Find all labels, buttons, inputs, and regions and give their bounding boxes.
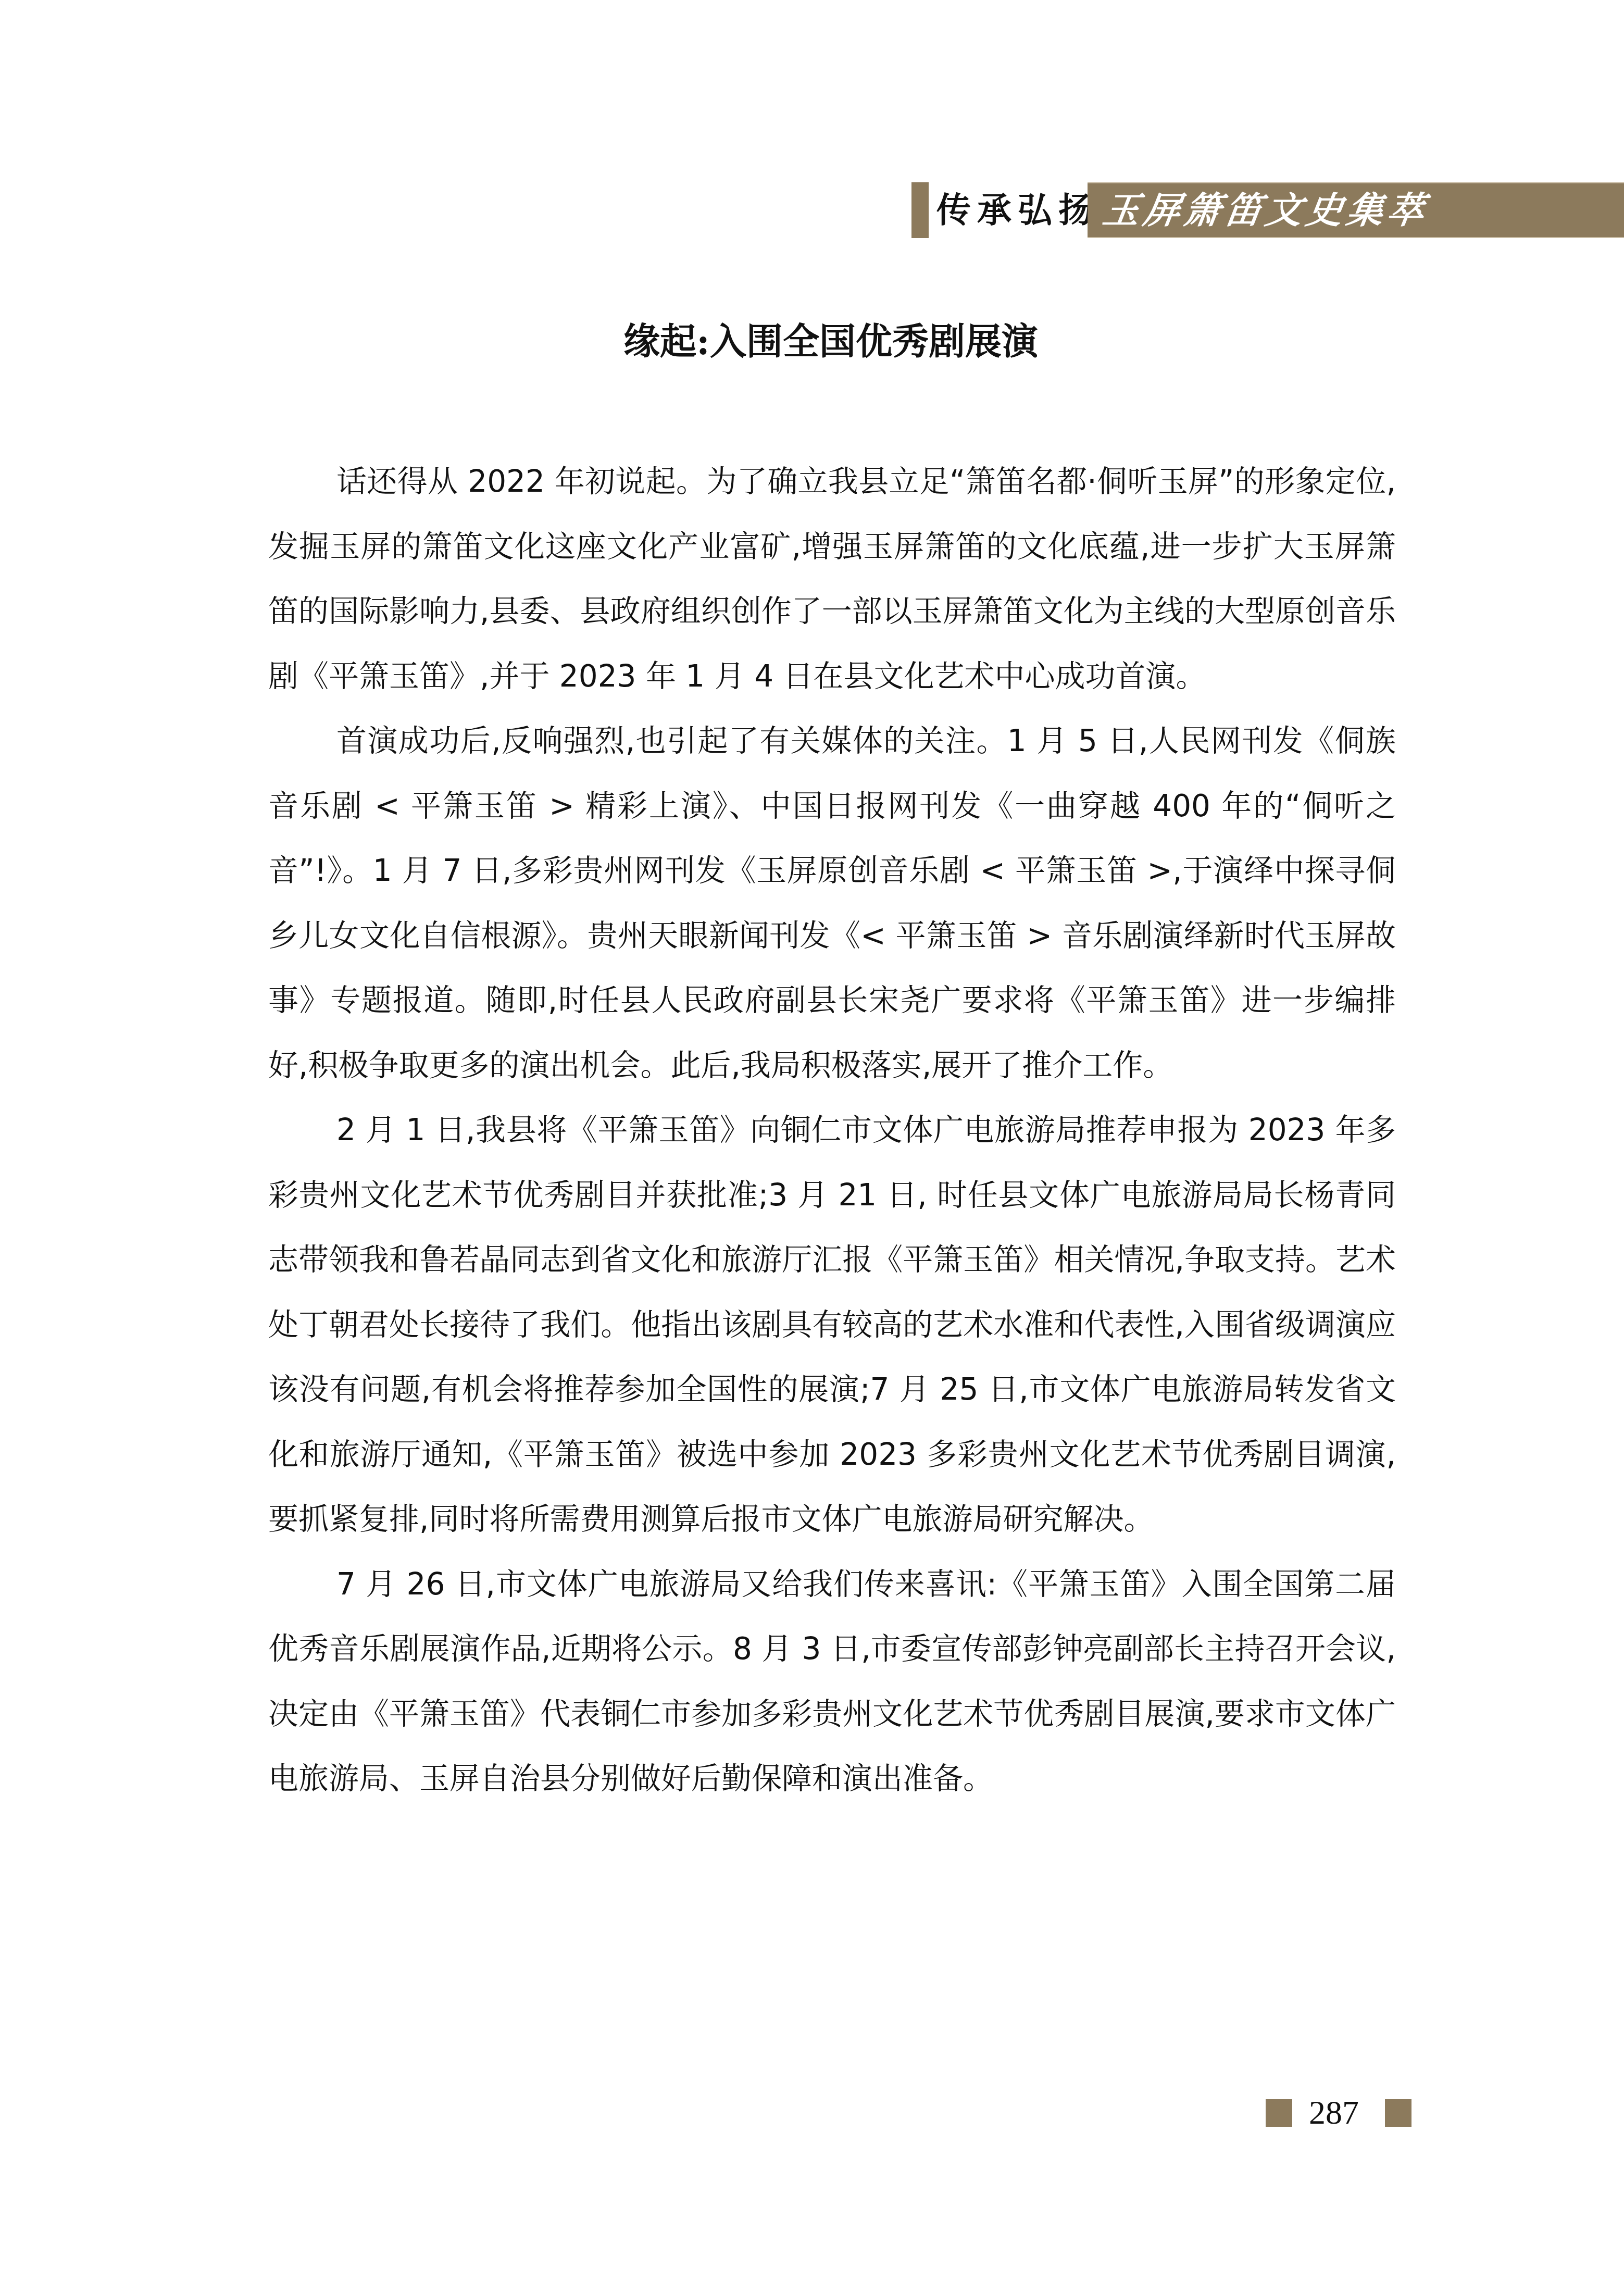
- header-title-band: 玉屏箫笛文史集萃: [1088, 182, 1624, 238]
- article-title: 缘起:入围全国优秀剧展演: [268, 317, 1393, 367]
- article-body: 话还得从 2022 年初说起。为了确立我县立足“箫笛名都·侗听玉屏”的形象定位,…: [268, 449, 1396, 1811]
- paragraph-2: 首演成功后,反响强烈,也引起了有关媒体的关注。1 月 5 日,人民网刊发《侗族音…: [268, 708, 1396, 1098]
- running-header: 传承弘扬 玉屏箫笛文史集萃: [911, 182, 1624, 238]
- header-section-label: 传承弘扬: [936, 182, 1099, 238]
- header-book-title: 玉屏箫笛文史集萃: [1100, 183, 1432, 237]
- footer-square-left-icon: [1266, 2099, 1292, 2127]
- page-footer: 287: [1266, 2094, 1411, 2131]
- header-accent-bar: [911, 182, 929, 238]
- paragraph-3: 2 月 1 日,我县将《平箫玉笛》向铜仁市文体广电旅游局推荐申报为 2023 年…: [268, 1098, 1396, 1552]
- footer-square-right-icon: [1385, 2099, 1411, 2127]
- paragraph-1: 话还得从 2022 年初说起。为了确立我县立足“箫笛名都·侗听玉屏”的形象定位,…: [268, 449, 1396, 708]
- paragraph-4: 7 月 26 日,市文体广电旅游局又给我们传来喜讯:《平箫玉笛》入围全国第二届优…: [268, 1552, 1396, 1811]
- page-number: 287: [1309, 2094, 1359, 2131]
